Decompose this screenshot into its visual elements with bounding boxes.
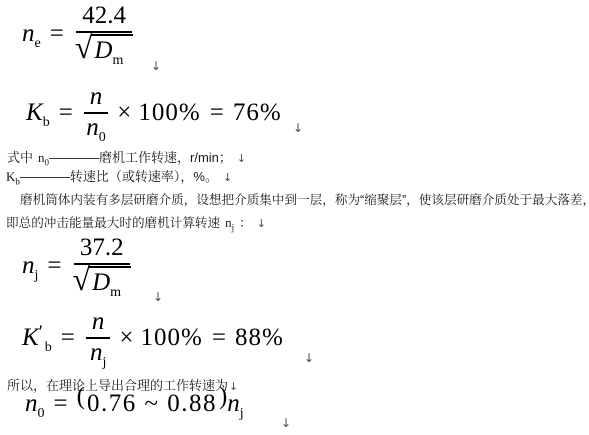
line-break-mark: ↓ <box>293 122 303 134</box>
paragraph-line-1: 磨机筒体内装有多层研磨介质，设想把介质集中到一层，称为“缩聚层”，使该层研磨介质… <box>6 189 588 212</box>
var-n: n <box>227 390 240 417</box>
formula-ne-lhs: ne <box>22 21 41 47</box>
fraction-denominator: n0 <box>86 114 106 141</box>
equals-sign: = <box>54 391 68 417</box>
var-n-subscript: j <box>102 355 106 370</box>
var-n0: n0 <box>38 150 49 165</box>
fraction: 37.2 √ Dm <box>73 235 132 297</box>
equals-sign: = <box>61 325 75 351</box>
equals-sign: = <box>210 100 224 126</box>
percent-100: 100% <box>138 100 200 126</box>
equals-sign: = <box>59 100 73 126</box>
equals-sign: = <box>212 325 226 351</box>
var-k: K <box>26 99 43 126</box>
definition-dash: ———— <box>49 150 99 165</box>
var-n: n <box>25 390 38 417</box>
paragraph-line-2-text: 即总的冲击能量最大时的磨机计算转速 <box>6 216 220 230</box>
radical-sign-icon: √ <box>73 266 91 292</box>
definition-dash: ———— <box>20 169 70 184</box>
var-n: n <box>90 339 103 366</box>
document-page: ne = 42.4 √ Dm ↓ Kb = n n0 × 100% = 76% … <box>0 0 589 435</box>
body-paragraph: 磨机筒体内装有多层研磨介质，设想把介质集中到一层，称为“缩聚层”，使该层研磨介质… <box>6 189 588 235</box>
var-n-subscript: 0 <box>38 406 45 421</box>
fraction-denominator: √ Dm <box>75 33 134 64</box>
range-group: (0.76 ~ 0.88) <box>77 391 228 417</box>
where-description: 转速比（或转速率），%。 <box>70 169 218 184</box>
where-description: 磨机工作转速，r/min； <box>99 150 232 165</box>
fraction: 42.4 √ Dm <box>75 3 134 65</box>
var-k-subscript: b <box>43 115 50 130</box>
var-k: K <box>6 169 15 184</box>
line-break-mark: ↓ <box>223 171 232 184</box>
formula-kb-prime-lhs: K′b <box>22 325 52 351</box>
var-n: n <box>86 114 99 141</box>
radical-sign-icon: √ <box>75 34 93 60</box>
square-root: √ Dm <box>75 34 134 64</box>
fraction: n n0 <box>84 84 109 142</box>
var-d: D <box>92 269 110 296</box>
result-value: 76% <box>233 100 282 126</box>
formula-n0-lhs: n0 <box>25 391 45 417</box>
colon: ： <box>239 216 252 230</box>
formula-kb-prime: K′b = n nj × 100% = 88% <box>22 309 284 367</box>
var-n-subscript: 0 <box>99 130 106 145</box>
line-break-mark: ↓ <box>151 60 161 72</box>
var-n-subscript: j <box>35 268 39 283</box>
var-d: D <box>94 37 112 64</box>
square-root: √ Dm <box>73 266 132 296</box>
radicand: Dm <box>89 266 131 296</box>
fraction-denominator: nj <box>90 339 106 366</box>
fraction-denominator: √ Dm <box>73 265 132 296</box>
var-n: n <box>22 20 35 47</box>
prime-mark: ′ <box>39 322 43 343</box>
formula-nj-lhs: nj <box>22 253 38 279</box>
var-d-subscript: m <box>110 285 121 300</box>
var-n: n <box>90 83 103 110</box>
paragraph-line-2: 即总的冲击能量最大时的磨机计算转速nj：↓ <box>6 212 588 236</box>
line-break-mark: ↓ <box>281 417 291 429</box>
fraction-numerator: n <box>84 84 109 114</box>
percent-100: 100% <box>141 325 203 351</box>
var-n: n <box>92 308 105 335</box>
where-prefix: 式中 <box>7 150 33 165</box>
formula-n0-rhs-var: nj <box>227 391 243 417</box>
radicand: Dm <box>91 34 133 64</box>
multiply-sign: × <box>119 325 133 351</box>
var-n-subscript: e <box>35 36 41 51</box>
equals-sign: = <box>47 253 61 279</box>
fraction-numerator: n <box>86 309 111 339</box>
formula-nj: nj = 37.2 √ Dm <box>22 235 133 297</box>
var-n-subscript: j <box>240 406 244 421</box>
line-break-mark: ↓ <box>257 217 266 230</box>
line-break-mark: ↓ <box>304 352 314 364</box>
result-value: 88% <box>235 325 284 351</box>
formula-kb: Kb = n n0 × 100% = 76% <box>26 84 282 142</box>
line-break-mark: ↓ <box>237 152 246 165</box>
var-d-subscript: m <box>112 53 123 68</box>
line-break-mark: ↓ <box>153 291 163 303</box>
formula-kb-lhs: Kb <box>26 100 50 126</box>
var-kb: Kb <box>6 169 20 184</box>
formula-n0: n0 = (0.76 ~ 0.88) nj <box>25 391 244 417</box>
var-k-subscript: b <box>45 340 52 355</box>
fraction: n nj <box>86 309 111 367</box>
var-k: K <box>22 324 39 351</box>
where-line-1: 式中n0————磨机工作转速，r/min；↓ <box>7 147 246 166</box>
var-n: n <box>22 252 35 279</box>
formula-ne: ne = 42.4 √ Dm <box>22 3 135 65</box>
multiply-sign: × <box>117 100 131 126</box>
range-values: 0.76 ~ 0.88 <box>87 390 217 417</box>
var-n-subscript: j <box>232 222 235 232</box>
where-line-2: Kb————转速比（或转速率），%。↓ <box>6 166 232 185</box>
var-nj: nj <box>225 215 234 230</box>
equals-sign: = <box>50 21 64 47</box>
